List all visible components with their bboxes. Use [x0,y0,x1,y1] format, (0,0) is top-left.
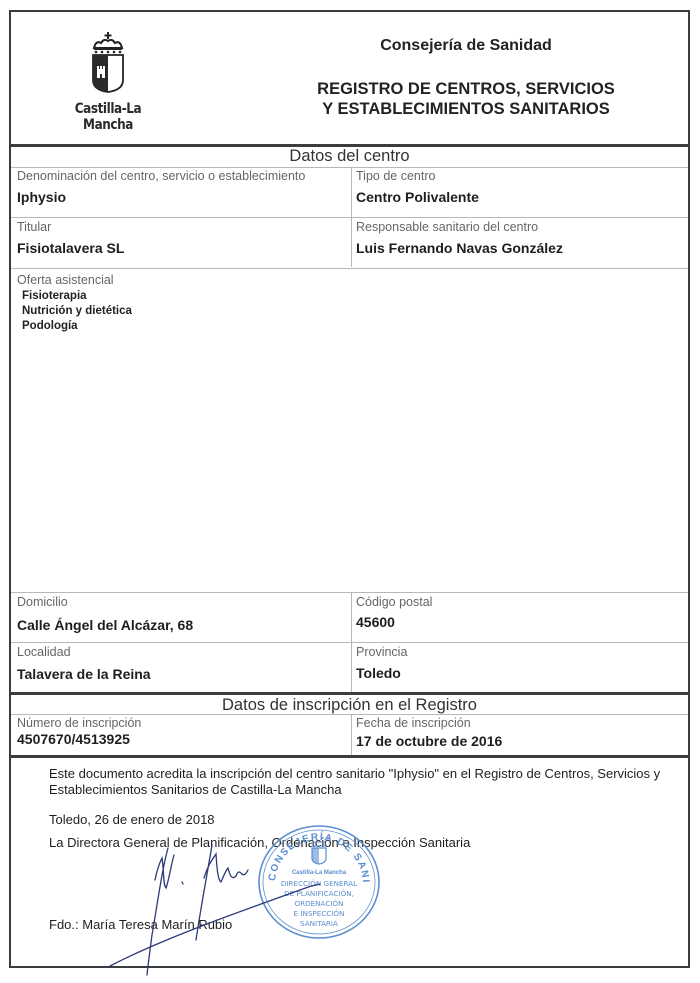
signature-icon [100,840,340,980]
field-value: Iphysio [17,189,305,205]
section-title-inscripcion: Datos de inscripción en el Registro [11,696,688,715]
logo-text: Castilla-La Mancha [52,101,164,133]
field-label: Provincia [356,645,407,659]
field-label: Número de inscripción [17,716,141,730]
coat-of-arms-icon [88,32,128,94]
field-fecha-inscripcion: Fecha de inscripción 17 de octubre de 20… [356,716,502,749]
field-value: Centro Polivalente [356,189,479,205]
field-value: Toledo [356,665,407,681]
field-value: Talavera de la Reina [17,666,151,682]
field-label: Código postal [356,595,432,609]
department-name: Consejería de Sanidad [256,37,676,55]
field-value: 45600 [356,614,432,630]
field-localidad: Localidad Talavera de la Reina [17,645,151,682]
field-domicilio: Domicilio Calle Ángel del Alcázar, 68 [17,595,193,633]
field-label: Responsable sanitario del centro [356,220,563,234]
field-denominacion: Denominación del centro, servicio o esta… [17,169,305,205]
field-label: Denominación del centro, servicio o esta… [17,169,305,183]
registry-title-line-2: Y ESTABLECIMIENTOS SANITARIOS [221,99,700,119]
section-divider [11,755,688,758]
row-divider [11,217,688,218]
row-divider [11,268,688,269]
row-divider [11,642,688,643]
field-value: Fisiotalavera SL [17,240,124,256]
field-label: Oferta asistencial [17,273,132,287]
oferta-list: Fisioterapia Nutrición y dietética Podol… [22,289,132,334]
oferta-item: Nutrición y dietética [22,304,132,319]
field-label: Titular [17,220,124,234]
field-label: Localidad [17,645,151,659]
row-divider [11,714,688,715]
column-divider [351,714,352,756]
field-value: 4507670/4513925 [17,731,141,747]
field-label: Fecha de inscripción [356,716,502,730]
section-divider [11,692,688,695]
oferta-item: Podología [22,319,132,334]
field-titular: Titular Fisiotalavera SL [17,220,124,256]
registry-title-line-1: REGISTRO DE CENTROS, SERVICIOS [221,79,700,99]
field-label: Domicilio [17,595,193,609]
row-divider [11,167,688,168]
registry-title: REGISTRO DE CENTROS, SERVICIOS Y ESTABLE… [221,79,700,119]
field-value: Luis Fernando Navas González [356,240,563,256]
field-tipo-centro: Tipo de centro Centro Polivalente [356,169,479,205]
field-codigo-postal: Código postal 45600 [356,595,432,630]
field-oferta-asistencial: Oferta asistencial Fisioterapia Nutrició… [17,273,132,334]
castilla-la-mancha-logo: Castilla-La Mancha [43,32,173,133]
field-label: Tipo de centro [356,169,479,183]
section-title-datos-centro: Datos del centro [11,147,688,166]
field-value: Calle Ángel del Alcázar, 68 [17,617,193,633]
field-value: 17 de octubre de 2016 [356,733,502,749]
field-provincia: Provincia Toledo [356,645,407,681]
row-divider [11,592,688,593]
oferta-item: Fisioterapia [22,289,132,304]
field-responsable: Responsable sanitario del centro Luis Fe… [356,220,563,256]
field-numero-inscripcion: Número de inscripción 4507670/4513925 [17,716,141,747]
certification-statement: Este documento acredita la inscripción d… [49,766,669,798]
